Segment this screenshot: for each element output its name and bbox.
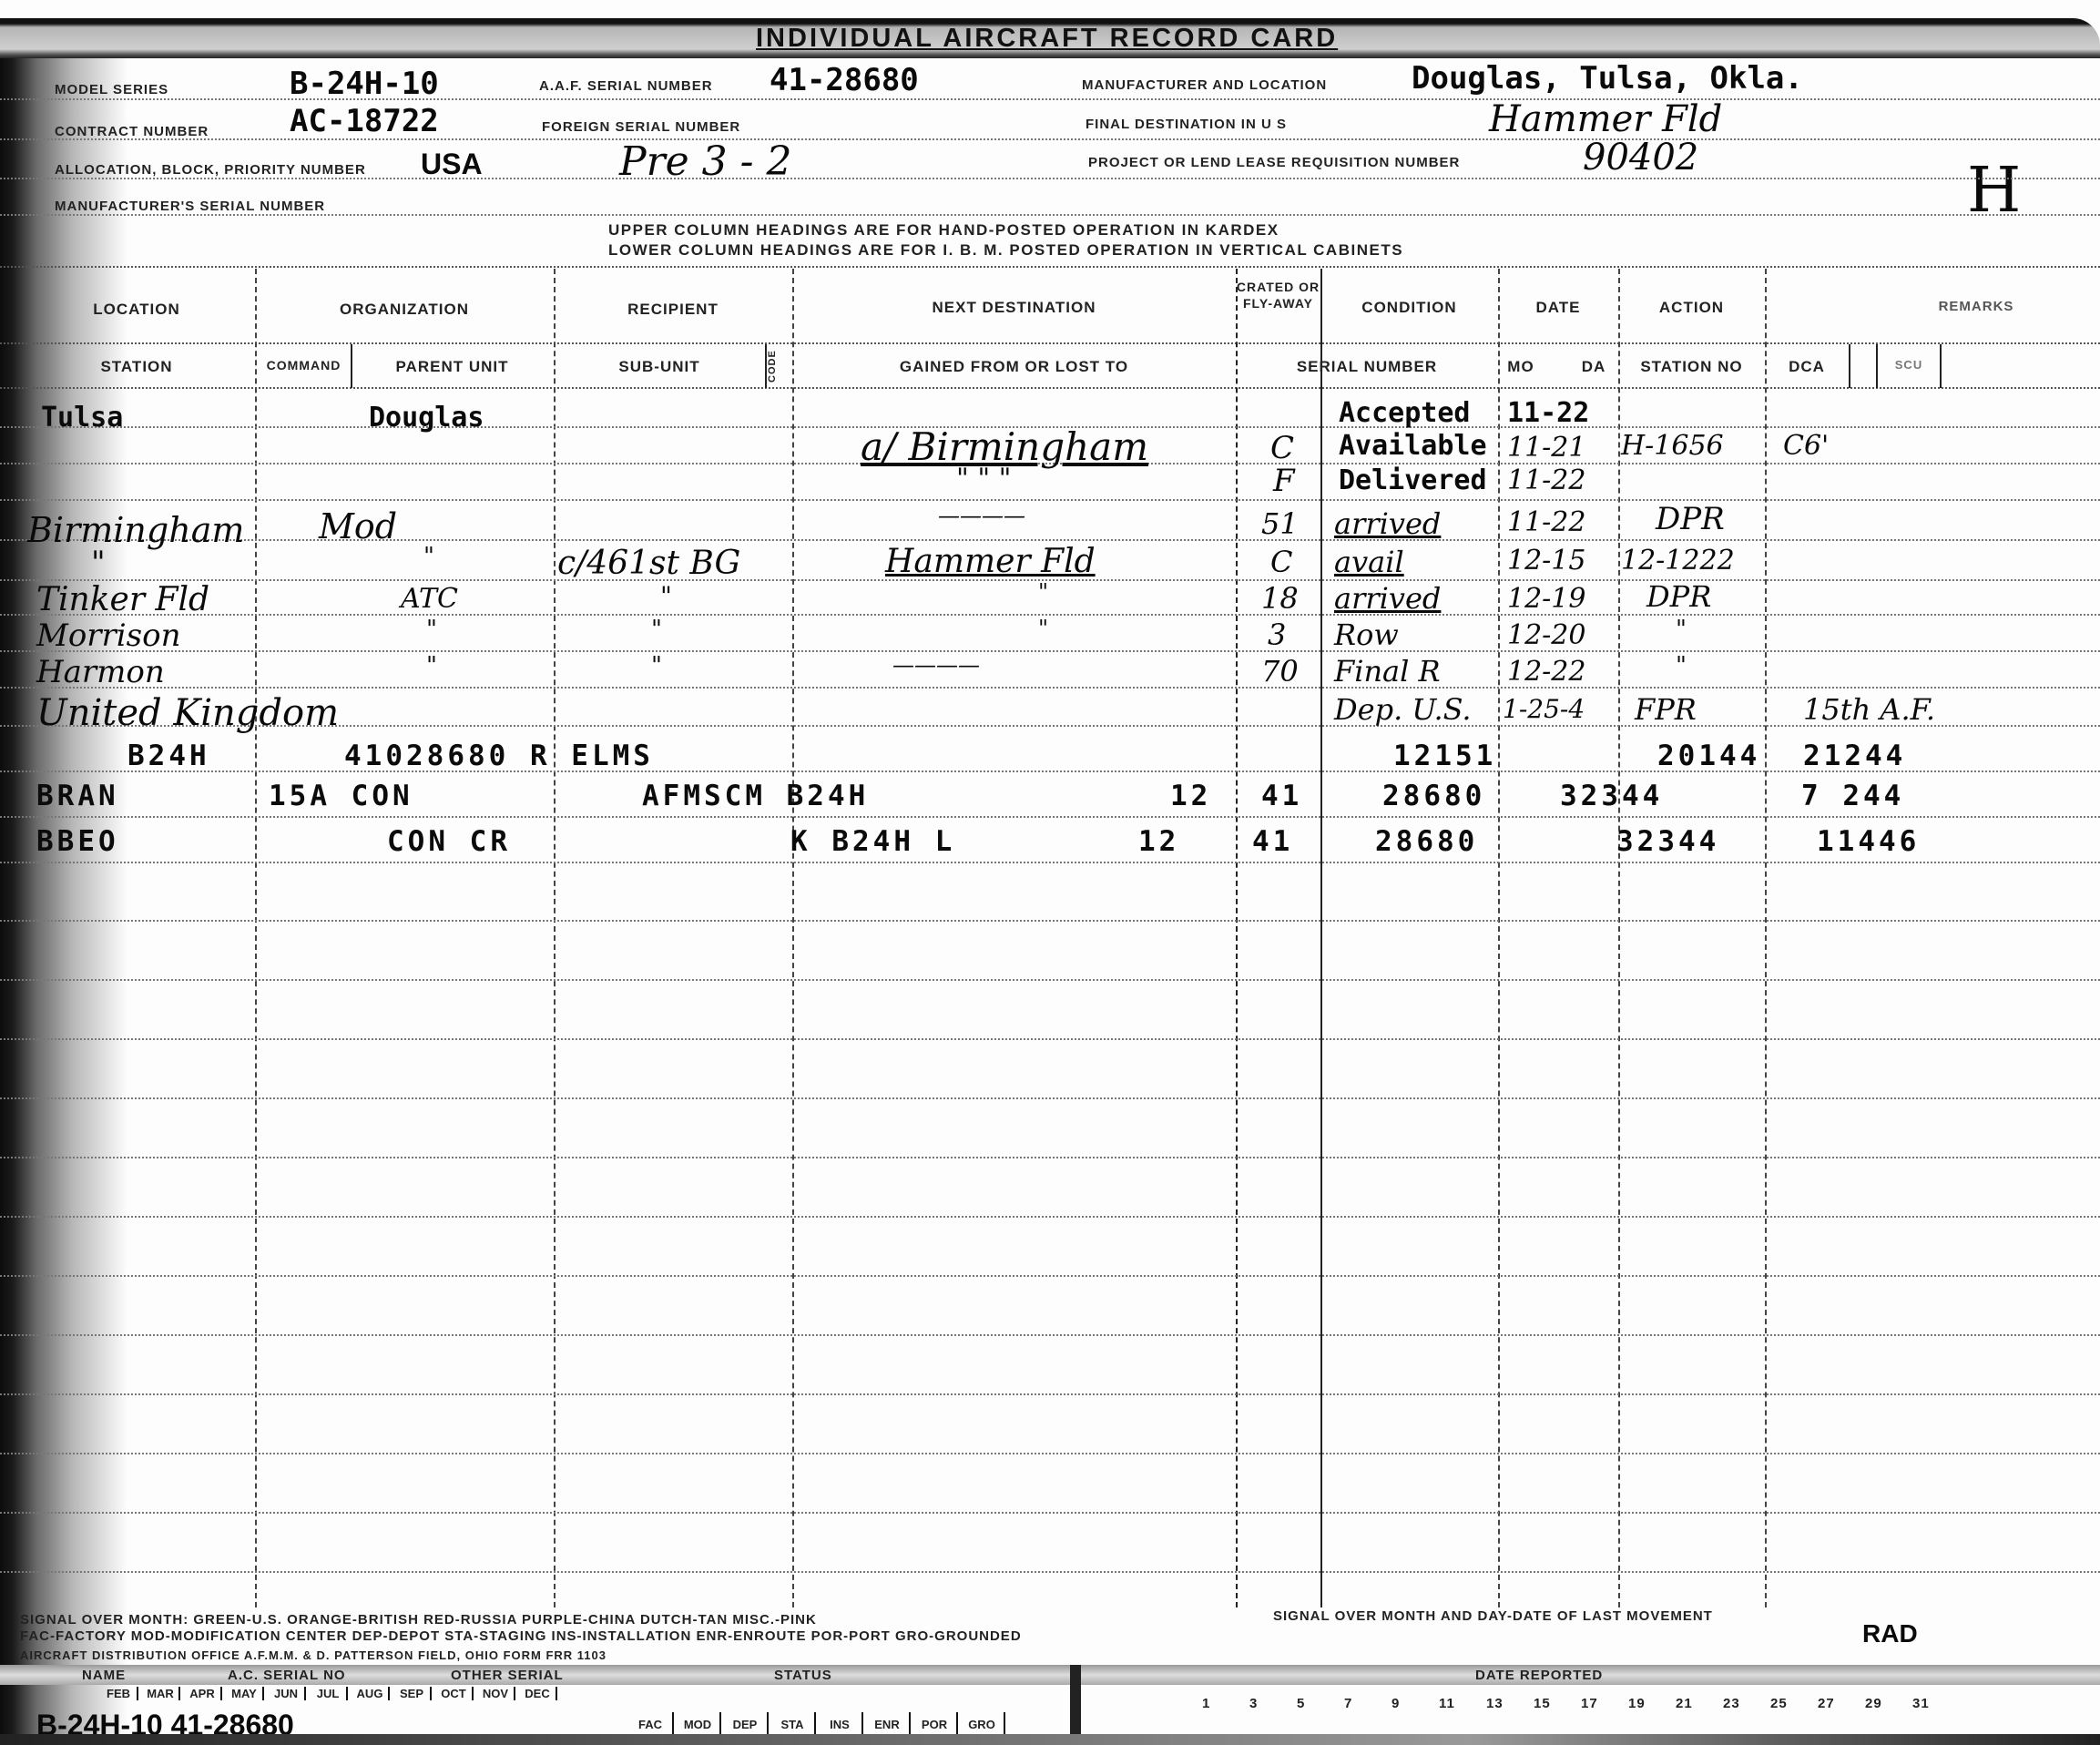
col-sub-unit: SUB-UNIT: [554, 358, 765, 376]
month-cell: MAR: [142, 1687, 180, 1700]
col-day: DA: [1575, 358, 1612, 376]
col-month: MO: [1503, 358, 1539, 376]
project-label: PROJECT OR LEND LEASE REQUISITION NUMBER: [1088, 155, 1460, 170]
entry-next-destination: Hammer Fld: [885, 543, 1096, 580]
instruction-upper: UPPER COLUMN HEADINGS ARE FOR HAND-POSTE…: [608, 221, 1279, 240]
entry-action: DPR: [1656, 501, 1725, 537]
entry-station: Harmon: [36, 654, 165, 690]
entry-date: 12-15: [1507, 545, 1585, 577]
entry-recipient: ": [651, 652, 662, 679]
entry-remarks: 15th A.F.: [1803, 692, 1935, 727]
contract-number-label: CONTRACT NUMBER: [55, 124, 209, 139]
col-parent-unit: PARENT UNIT: [351, 358, 554, 376]
day-tick: 31: [1912, 1696, 1930, 1711]
col-divider: [1940, 344, 1942, 388]
strip-divider: [1070, 1665, 1081, 1745]
entry-action: ": [1676, 652, 1687, 679]
entry-crated: 18: [1261, 581, 1299, 616]
entry-date: 11-22: [1507, 397, 1589, 429]
entry-action: ": [1676, 616, 1687, 643]
allocation-value: USA: [421, 148, 483, 181]
col-divider: [554, 269, 556, 1607]
day-tick: 21: [1676, 1696, 1693, 1711]
entry-recipient: ": [660, 581, 672, 611]
rule: [0, 1216, 2100, 1218]
rule: [0, 1275, 2100, 1277]
entry-organization: Douglas: [369, 402, 484, 434]
month-cell: DEC: [519, 1687, 557, 1700]
ibm-field: 15A CON: [269, 780, 413, 812]
ibm-field: 41: [1261, 780, 1302, 812]
scan-shadow-left: [0, 18, 127, 1745]
entry-date: 11-21: [1507, 432, 1585, 464]
col-divider: [1876, 344, 1878, 388]
ibm-field: 32344: [1616, 825, 1719, 858]
col-divider: [792, 269, 794, 1607]
footer-signal-day: SIGNAL OVER MONTH AND DAY-DATE OF LAST M…: [1273, 1608, 1713, 1624]
model-series-value: B-24H-10: [290, 66, 439, 102]
entry-date: 1-25-4: [1503, 694, 1585, 724]
col-recipient: RECIPIENT: [554, 301, 792, 319]
entry-crated: 3: [1268, 617, 1286, 652]
col-code: CODE: [767, 346, 790, 386]
entry-date: 12-22: [1507, 656, 1585, 688]
rule: [0, 687, 2100, 689]
col-action: ACTION: [1618, 299, 1765, 317]
rule: [0, 138, 2100, 140]
entry-action: FPR: [1635, 692, 1697, 727]
margin-mark: H: [1967, 155, 2021, 227]
col-divider: [1320, 269, 1322, 1607]
ibm-field: CON CR: [387, 825, 511, 858]
col-scu: SCU: [1876, 358, 1942, 372]
card-title: INDIVIDUAL AIRCRAFT RECORD CARD: [756, 24, 1338, 54]
entry-condition: arrived: [1334, 506, 1441, 541]
entry-condition: Dep. U.S.: [1334, 692, 1472, 727]
entry-station: United Kingdom: [36, 692, 339, 734]
ibm-field: 12: [1138, 825, 1179, 858]
strip-status-label: STATUS: [774, 1668, 832, 1683]
model-series-label: MODEL SERIES: [55, 82, 168, 97]
entry-crated: C: [1270, 545, 1292, 579]
strip-name-label: NAME: [82, 1668, 126, 1683]
col-command: COMMAND: [257, 358, 351, 372]
day-tick: 15: [1534, 1696, 1551, 1711]
col-divider: [1236, 269, 1238, 1607]
month-cell: APR: [184, 1687, 222, 1700]
day-tick: 9: [1392, 1696, 1400, 1711]
footer-bottom-edge: [0, 1734, 2100, 1745]
rule: [0, 98, 2100, 100]
entry-next-destination: ": [1038, 616, 1048, 641]
footer-codes-legend: FAC-FACTORY MOD-MODIFICATION CENTER DEP-…: [20, 1628, 1022, 1644]
day-tick: 13: [1486, 1696, 1504, 1711]
day-tick: 7: [1344, 1696, 1352, 1711]
entry-next-destination: ————: [938, 503, 1025, 528]
entry-condition: avail: [1334, 545, 1404, 579]
ibm-field: 21244: [1803, 740, 1906, 772]
allocation-label: ALLOCATION, BLOCK, PRIORITY NUMBER: [55, 162, 366, 178]
ibm-field: 28680: [1382, 780, 1485, 812]
ibm-field: 11446: [1817, 825, 1920, 858]
entry-station: ": [91, 545, 106, 581]
rule: [0, 979, 2100, 981]
rule: [0, 770, 2100, 772]
entry-organization: ATC: [401, 583, 458, 615]
entry-action: H-1656: [1621, 430, 1724, 462]
rule: [0, 266, 2100, 268]
col-next-destination: NEXT DESTINATION: [792, 299, 1236, 317]
entry-next-destination: ": [1038, 579, 1048, 605]
rule: [0, 920, 2100, 922]
entry-organization: ": [426, 652, 437, 679]
ibm-field: 7 244: [1801, 780, 1904, 812]
entry-action: 12-1222: [1621, 545, 1735, 577]
ibm-field: 12: [1170, 780, 1211, 812]
ibm-field: 20144: [1657, 740, 1760, 772]
contract-number-value: AC-18722: [290, 103, 439, 139]
col-organization: ORGANIZATION: [255, 301, 554, 319]
day-tick: 25: [1770, 1696, 1788, 1711]
col-divider: [765, 344, 767, 388]
footer-signal-legend: SIGNAL OVER MONTH: GREEN-U.S. ORANGE-BRI…: [20, 1612, 817, 1628]
entry-recipient: ": [651, 616, 662, 643]
col-divider: [1765, 269, 1767, 1607]
col-station-no: STATION NO: [1618, 358, 1765, 376]
col-divider: [255, 269, 257, 1607]
strip-ac-serial-label: A.C. SERIAL NO: [228, 1668, 346, 1683]
footer-office-line: AIRCRAFT DISTRIBUTION OFFICE A.F.M.M. & …: [20, 1648, 607, 1662]
rule: [0, 650, 2100, 652]
col-location: LOCATION: [55, 301, 219, 319]
entry-organization: Mod: [319, 506, 397, 546]
month-cell: JUL: [310, 1687, 348, 1700]
rule: [0, 1453, 2100, 1454]
rule: [0, 1334, 2100, 1336]
ibm-field: K B24H L: [790, 825, 955, 858]
manufacturer-label: MANUFACTURER AND LOCATION: [1082, 77, 1327, 93]
entry-next-destination: " " ": [956, 463, 1011, 495]
rule: [0, 387, 2100, 389]
footer-stamp: RAD: [1862, 1619, 1918, 1648]
rule: [0, 1097, 2100, 1099]
col-divider: [1849, 344, 1850, 388]
col-divider: [1618, 269, 1620, 1607]
entry-date: 11-22: [1507, 506, 1585, 538]
entry-station: Tinker Fld: [36, 581, 209, 618]
rule: [0, 816, 2100, 818]
rule: [0, 178, 2100, 179]
ibm-field: BRAN: [36, 780, 119, 812]
entry-station: Birmingham: [27, 510, 244, 550]
rule: [0, 499, 2100, 501]
rule: [0, 342, 2100, 344]
rule: [0, 1571, 2100, 1573]
entry-station: Tulsa: [41, 402, 123, 434]
month-cell: FEB: [100, 1687, 138, 1700]
day-tick: 5: [1297, 1696, 1305, 1711]
day-tick: 29: [1865, 1696, 1882, 1711]
ibm-field: B24H: [127, 740, 210, 772]
mfr-serial-label: MANUFACTURER'S SERIAL NUMBER: [55, 199, 325, 214]
final-destination-value: Hammer Fld: [1489, 98, 1722, 140]
col-gained-lost: GAINED FROM OR LOST TO: [792, 358, 1236, 376]
rule: [0, 1393, 2100, 1395]
col-serial-number: SERIAL NUMBER: [1236, 358, 1498, 376]
day-tick: 23: [1723, 1696, 1740, 1711]
rule: [0, 614, 2100, 616]
month-cell: NOV: [477, 1687, 515, 1700]
rule: [0, 1038, 2100, 1040]
entry-date: 12-20: [1507, 619, 1585, 651]
entry-date: 12-19: [1507, 583, 1585, 615]
ibm-field: 12151: [1393, 740, 1496, 772]
col-remarks: REMARKS: [1858, 299, 2095, 314]
entry-crated: C: [1270, 430, 1294, 466]
ibm-field: 41: [1252, 825, 1293, 858]
ibm-field: 28680: [1375, 825, 1478, 858]
entry-next-destination: ————: [892, 652, 980, 678]
aaf-serial-value: 41-28680: [770, 62, 919, 98]
rule: [0, 1157, 2100, 1158]
month-cell: SEP: [393, 1687, 432, 1700]
entry-condition: arrived: [1334, 581, 1441, 616]
month-cell: JUN: [268, 1687, 306, 1700]
entry-condition: Row: [1334, 617, 1399, 652]
month-cell: OCT: [435, 1687, 474, 1700]
project-value: 90402: [1583, 137, 1698, 179]
entry-station: Morrison: [36, 617, 180, 654]
ibm-field: 41028680 R ELMS: [344, 740, 654, 772]
col-divider: [1498, 269, 1500, 1607]
rule: [0, 214, 2100, 216]
col-dca: DCA: [1767, 358, 1847, 376]
entry-condition: Accepted: [1339, 397, 1471, 429]
ibm-field: AFMSCM B24H: [642, 780, 869, 812]
entry-condition: Available: [1339, 430, 1487, 462]
day-tick: 11: [1439, 1696, 1455, 1711]
rule: [0, 539, 2100, 541]
entry-condition: Delivered: [1339, 464, 1487, 496]
entry-remarks: C6': [1783, 430, 1829, 462]
day-tick: 3: [1249, 1696, 1258, 1711]
aircraft-record-card: INDIVIDUAL AIRCRAFT RECORD CARD MODEL SE…: [0, 0, 2100, 1745]
entry-action: DPR: [1646, 579, 1711, 614]
ibm-field: 32344: [1560, 780, 1663, 812]
month-cell: AUG: [352, 1687, 390, 1700]
month-cell: MAY: [226, 1687, 264, 1700]
day-tick: 19: [1628, 1696, 1646, 1711]
manufacturer-value: Douglas, Tulsa, Okla.: [1412, 60, 1803, 97]
day-tick: 1: [1202, 1696, 1210, 1711]
rule: [0, 862, 2100, 863]
instruction-lower: LOWER COLUMN HEADINGS ARE FOR I. B. M. P…: [608, 241, 1403, 260]
day-tick: 17: [1581, 1696, 1598, 1711]
entry-crated: F: [1273, 463, 1295, 499]
strip-other-serial-label: OTHER SERIAL: [451, 1668, 564, 1683]
entry-organization: ": [426, 616, 437, 643]
final-destination-label: FINAL DESTINATION IN U S: [1086, 117, 1287, 132]
col-station: STATION: [55, 358, 219, 376]
col-date: DATE: [1498, 299, 1618, 317]
col-crated: CRATED OR FLY-AWAY: [1236, 279, 1320, 311]
strip-date-reported-label: DATE REPORTED: [1475, 1668, 1603, 1683]
entry-crated: 51: [1261, 506, 1299, 541]
day-tick: 27: [1818, 1696, 1835, 1711]
col-condition: CONDITION: [1320, 299, 1498, 317]
entry-recipient: c/461st BG: [557, 545, 740, 582]
entry-date: 11-22: [1507, 464, 1585, 496]
col-divider: [351, 344, 352, 388]
ibm-field: BBEO: [36, 825, 119, 858]
entry-condition: Final R: [1334, 654, 1441, 689]
entry-organization: ": [423, 543, 434, 570]
entry-crated: 70: [1261, 654, 1299, 689]
rule: [0, 1512, 2100, 1514]
aaf-serial-label: A.A.F. SERIAL NUMBER: [539, 78, 713, 94]
foreign-serial-label: FOREIGN SERIAL NUMBER: [542, 119, 740, 135]
